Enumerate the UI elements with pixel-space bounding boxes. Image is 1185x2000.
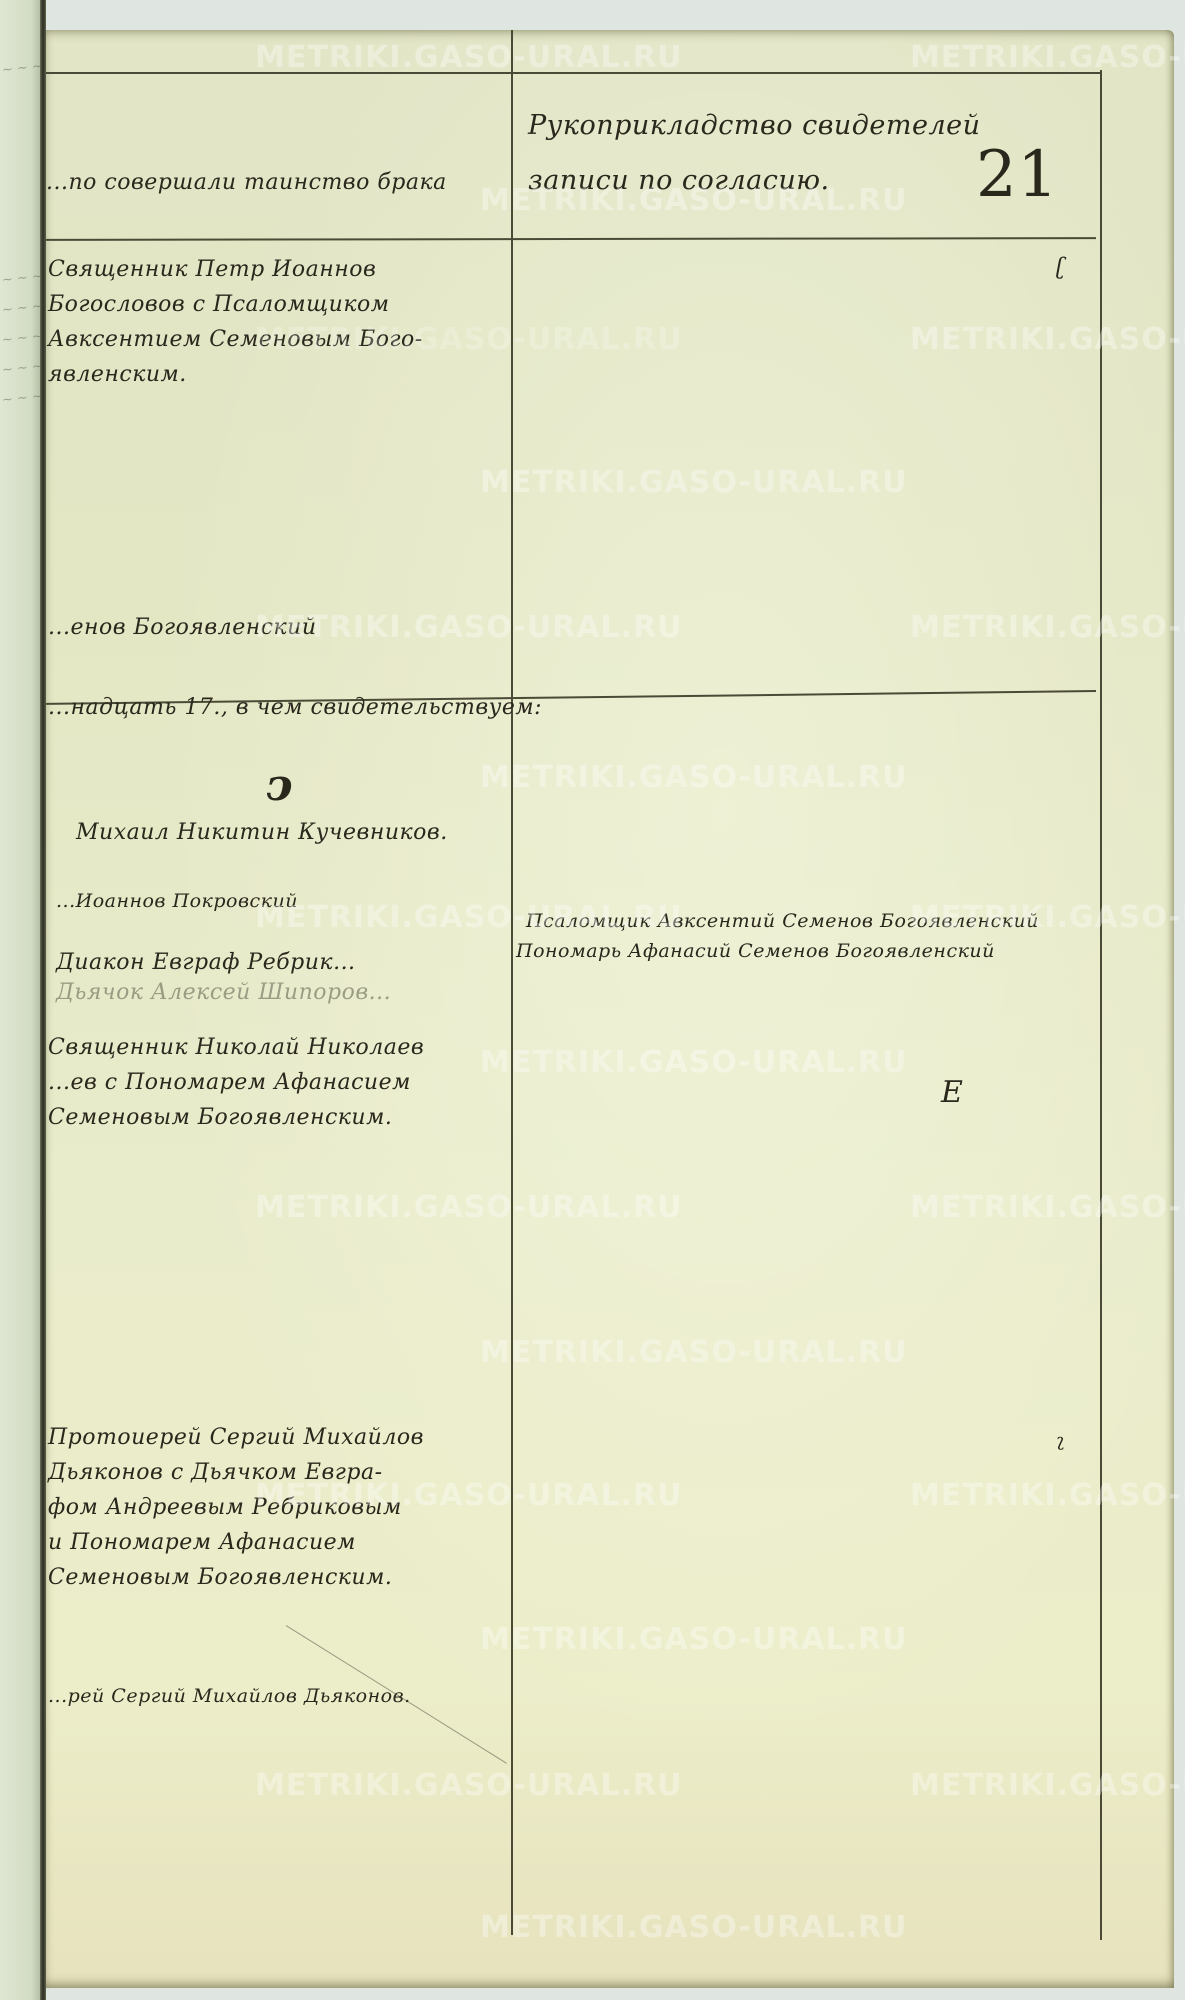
entry-line: Священник Петр Иоаннов [48, 252, 423, 287]
witness-line: ...Иоаннов Покровский [56, 890, 298, 912]
previous-page-text: ~ ~ ~ [1, 358, 43, 380]
entry-line: и Пономарем Афанасием [48, 1525, 424, 1560]
entry-line: фом Андреевым Ребриковым [48, 1490, 424, 1525]
entry-line: Дьяконов с Дьячком Евгра- [48, 1455, 424, 1490]
right-signature-2: Пономарь Афанасий Семенов Богоявленский [516, 940, 995, 962]
page-number: 21 [976, 138, 1058, 212]
witness-line: Михаил Никитин Кучевников. [76, 820, 448, 845]
middle-column-rule [511, 30, 513, 1935]
previous-page-text: ~ ~ ~ [1, 388, 43, 410]
header-left-text: ...по совершали таинство брака [46, 170, 447, 195]
entry-line: ...ев с Пономарем Афанасием [48, 1065, 424, 1100]
entry-signature: ...енов Богоявленский [48, 615, 317, 640]
entry-line: Богословов с Псаломщиком [48, 287, 423, 322]
margin-mark: ʗ [1056, 255, 1065, 280]
faint-clergy-line: Дьячок Алексей Шипоров... [56, 980, 391, 1005]
clergy-line: Диакон Евграф Ребрик... [56, 950, 356, 975]
top-rule [46, 72, 1101, 74]
previous-page-text: ~ ~ ~ [1, 268, 43, 290]
header-right-line1: Рукоприкладство свидетелей [528, 110, 981, 141]
entry-officiants-3: Протоиерей Сергий Михайлов Дьяконов с Дь… [48, 1420, 424, 1595]
previous-page-edge: ~ ~ ~ ~ ~ ~ ~ ~ ~ ~ ~ ~ ~ ~ ~ ~ ~ ~ [0, 0, 44, 2000]
small-mark: ʅ [1056, 1430, 1065, 1451]
previous-page-text: ~ ~ ~ [1, 58, 43, 80]
register-page: ...по совершали таинство брака Рукоприкл… [46, 30, 1174, 1988]
entry-date-text: ...надцать 17., в чем свидетельствуем: [48, 695, 542, 720]
entry-line: Авксентием Семеновым Бого- [48, 322, 423, 357]
header-right-line2: записи по согласию. [528, 165, 830, 196]
ink-flourish: ↄ [266, 760, 293, 811]
previous-page-text: ~ ~ ~ [1, 328, 43, 350]
previous-page-text: ~ ~ ~ [1, 298, 43, 320]
entry-line: Семеновым Богоявленским. [48, 1560, 424, 1595]
entry-line: Священник Николай Николаев [48, 1030, 424, 1065]
final-signature: ...рей Сергий Михайлов Дьяконов. [48, 1685, 411, 1707]
entry-line: явленским. [48, 357, 423, 392]
entry-line: Семеновым Богоявленским. [48, 1100, 424, 1135]
right-signature-1: Псаломщик Авксентий Семенов Богоявленски… [526, 910, 1039, 932]
ink-mark: Е [941, 1075, 963, 1110]
entry-officiants: Священник Петр Иоаннов Богословов с Псал… [48, 252, 423, 392]
entry-officiants-2: Священник Николай Николаев ...ев с Поном… [48, 1030, 424, 1135]
right-column-rule [1100, 70, 1102, 1940]
entry-line: Протоиерей Сергий Михайлов [48, 1420, 424, 1455]
header-rule [46, 237, 1096, 240]
